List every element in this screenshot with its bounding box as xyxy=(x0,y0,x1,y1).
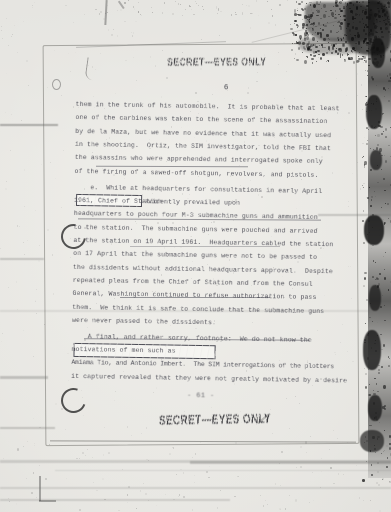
classification-stamp-bottom: SECRET—EYES ONLY xyxy=(159,412,271,428)
paragraph: A final, and rather sorry, footnote: We … xyxy=(71,329,372,387)
page-number: - 61 - xyxy=(187,392,215,400)
body-text: evidently prevailed upon xyxy=(144,195,240,210)
page-content: SECRET—EYES ONLY 6 them in the trunk of … xyxy=(0,0,391,512)
copy-number-mark: 6 xyxy=(224,84,229,92)
classification-stamp-top: SECRET—EYES ONLY xyxy=(167,56,266,68)
paragraph: e. While at headquarters for consultatio… xyxy=(72,180,374,332)
scanned-document-page: SECRET—EYES ONLY 6 them in the trunk of … xyxy=(0,0,391,512)
typewritten-body: them in the trunk of his automobile. It … xyxy=(71,98,376,388)
paragraph: them in the trunk of his automobile. It … xyxy=(74,98,375,183)
body-text: motivations of men such as xyxy=(71,343,175,358)
